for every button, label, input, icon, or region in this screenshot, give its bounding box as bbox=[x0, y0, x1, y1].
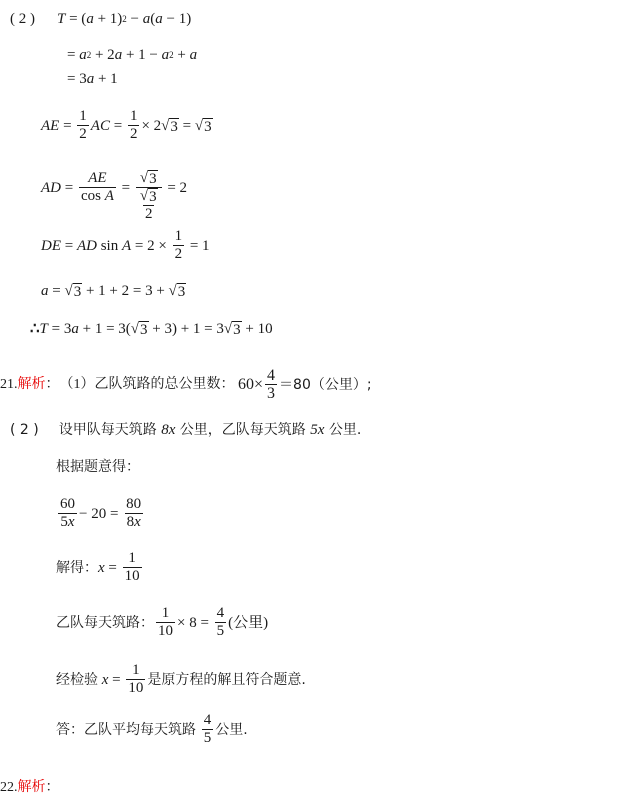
step-a: a = √3 + 1 + 2 = 3 + √3 bbox=[41, 282, 186, 300]
step-T-result: ∴T = 3a + 1 = 3(√3 + 3) + 1 = 3√3 + 10 bbox=[30, 320, 273, 338]
q22-analysis-label: 解析 bbox=[18, 779, 46, 797]
part2-T-line2: = a2 + 2a + 1 − a2 + a bbox=[67, 46, 197, 64]
step-AE: AE = 12AC = 12× 2√3 = √3 bbox=[41, 108, 213, 143]
q21-according: 根据题意得： bbox=[56, 458, 140, 476]
step-DE: DE = AD sin A = 2 × 12 = 1 bbox=[41, 228, 210, 263]
part-label: ( 2 ) bbox=[10, 421, 39, 439]
q21-equation: 605x− 20 = 808x bbox=[56, 496, 145, 531]
step-AD: AD = AEcos A = √3√32 = 2 bbox=[41, 152, 187, 223]
q21-part1-result: ＝80（公里）; bbox=[279, 376, 372, 394]
therefore-symbol: ∴ bbox=[30, 320, 40, 338]
q21-daily: 乙队每天筑路：110× 8 = 45(公里) bbox=[56, 605, 268, 640]
q21-analysis-label: 解析 bbox=[18, 376, 46, 394]
q21-header: 21.解析：（1）乙队筑路的总公里数： 60×43＝80（公里）; bbox=[0, 367, 372, 402]
q21-part2-intro: ( 2 )设甲队每天筑路 8x 公里，乙队每天筑路 5x 公里. bbox=[10, 421, 361, 439]
part-label: ( 2 ) bbox=[10, 10, 35, 28]
q22-header: 22.解析： bbox=[0, 779, 60, 797]
q21-answer: 答：乙队平均每天筑路 45公里. bbox=[56, 712, 248, 747]
q21-check: 经检验 x = 110是原方程的解且符合题意. bbox=[56, 662, 306, 697]
q22-number: 22. bbox=[0, 779, 18, 797]
part2-T-line3: = 3a + 1 bbox=[67, 70, 118, 88]
q21-part1-text: （1）乙队筑路的总公里数： bbox=[60, 376, 235, 394]
q21-number: 21. bbox=[0, 376, 18, 394]
q21-solve: 解得：x = 110 bbox=[56, 550, 144, 585]
part2-T-line1: ( 2 ) T = (a + 1)2 − a(a − 1) bbox=[10, 10, 191, 28]
